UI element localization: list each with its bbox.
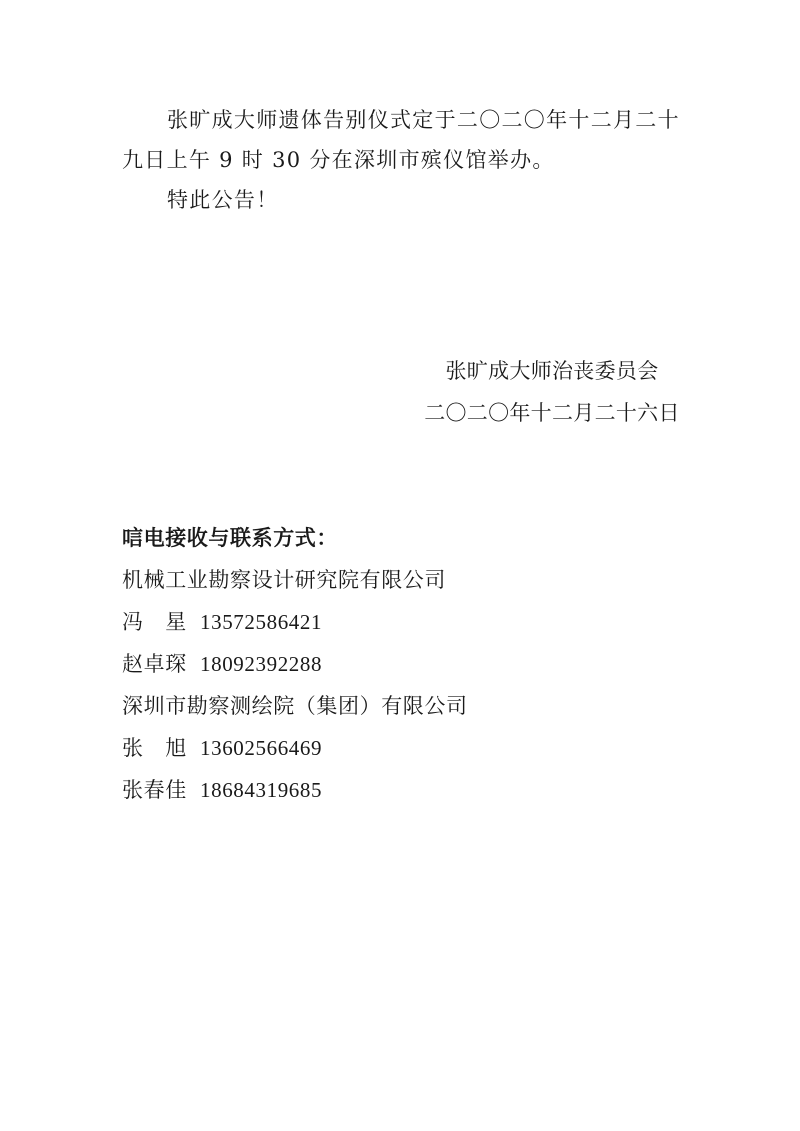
contact-section: 唁电接收与联系方式： 机械工业勘察设计研究院有限公司 冯 星1357258642… <box>122 517 682 811</box>
contact-phone: 18684319685 <box>200 778 322 802</box>
contact-section-heading: 唁电接收与联系方式： <box>122 517 682 559</box>
contact-name: 张春佳 <box>122 769 200 811</box>
document-page: 张旷成大师遗体告别仪式定于二〇二〇年十二月二十 九日上午 9 时 30 分在深圳… <box>0 0 800 1131</box>
contact-phone: 13572586421 <box>200 610 322 634</box>
announcement-line-1: 张旷成大师遗体告别仪式定于二〇二〇年十二月二十 <box>122 100 684 140</box>
closing-note: 特此公告！ <box>122 180 684 220</box>
signature-block: 张旷成大师治丧委员会 二〇二〇年十二月二十六日 <box>423 350 681 434</box>
contact-phone: 18092392288 <box>200 652 322 676</box>
contact-row: 张春佳18684319685 <box>122 769 682 811</box>
contact-row: 张 旭13602566469 <box>122 727 682 769</box>
contact-row: 赵卓琛18092392288 <box>122 643 682 685</box>
contact-name: 张 旭 <box>122 727 200 769</box>
contact-name: 赵卓琛 <box>122 643 200 685</box>
signature-committee: 张旷成大师治丧委员会 <box>423 350 681 392</box>
announcement-line-2: 九日上午 9 时 30 分在深圳市殡仪馆举办。 <box>122 140 684 180</box>
announcement-paragraph: 张旷成大师遗体告别仪式定于二〇二〇年十二月二十 九日上午 9 时 30 分在深圳… <box>122 100 684 220</box>
contact-phone: 13602566469 <box>200 736 322 760</box>
company-name-2: 深圳市勘察测绘院（集团）有限公司 <box>122 685 682 727</box>
contact-name: 冯 星 <box>122 601 200 643</box>
company-name-1: 机械工业勘察设计研究院有限公司 <box>122 559 682 601</box>
signature-date: 二〇二〇年十二月二十六日 <box>423 392 681 434</box>
contact-row: 冯 星13572586421 <box>122 601 682 643</box>
